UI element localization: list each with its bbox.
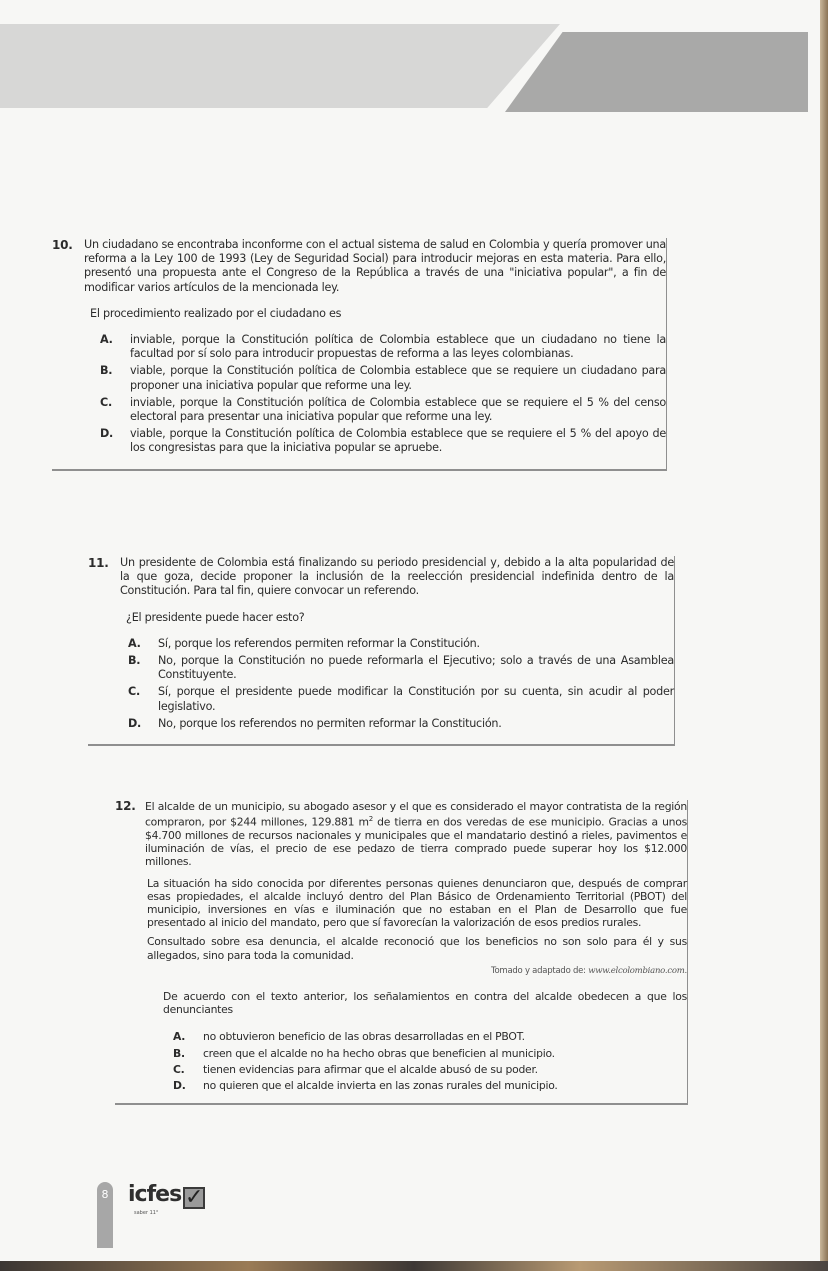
stem-paragraph-3: Consultado sobre esa denuncia, el alcald… <box>147 935 687 961</box>
source-citation: Tomado y adaptado de: www.elcolombiano.c… <box>115 965 687 978</box>
icfes-logo: icfes <box>128 1182 181 1207</box>
option-d[interactable]: D. no quieren que el alcalde invierta en… <box>173 1079 687 1092</box>
question-prompt: De acuerdo con el texto anterior, los se… <box>163 990 687 1016</box>
question-11: 11. Un presidente de Colombia está final… <box>88 556 675 746</box>
source-url: www.elcolombiano.com. <box>588 966 687 976</box>
option-letter: A. <box>173 1030 203 1043</box>
option-text: Sí, porque el presidente puede modificar… <box>158 685 674 713</box>
option-d[interactable]: D. viable, porque la Constitución políti… <box>100 427 666 455</box>
option-letter: D. <box>100 427 130 455</box>
question-stem: Un presidente de Colombia está finalizan… <box>120 556 674 599</box>
question-prompt: El procedimiento realizado por el ciudad… <box>90 307 666 321</box>
option-text: no quieren que el alcalde invierta en la… <box>203 1079 687 1092</box>
option-text: viable, porque la Constitución política … <box>130 427 666 455</box>
question-stem: Un ciudadano se encontraba inconforme co… <box>84 238 666 295</box>
option-text: no obtuvieron beneficio de las obras des… <box>203 1030 687 1043</box>
option-letter: C. <box>100 396 130 424</box>
option-text: inviable, porque la Constitución polític… <box>130 333 666 361</box>
checkmark-icon: ✓ <box>183 1187 205 1209</box>
question-number: 12. <box>115 800 136 813</box>
options-list: A. Sí, porque los referendos permiten re… <box>128 637 674 731</box>
option-c[interactable]: C. inviable, porque la Constitución polí… <box>100 396 666 424</box>
page-edge-right <box>820 0 828 1271</box>
option-d[interactable]: D. No, porque los referendos no permiten… <box>128 717 674 731</box>
question-number: 11. <box>88 556 109 570</box>
option-letter: A. <box>100 333 130 361</box>
option-letter: A. <box>128 637 158 651</box>
option-letter: C. <box>128 685 158 713</box>
logo-subtitle: saber 11° <box>134 1210 158 1216</box>
option-letter: C. <box>173 1063 203 1076</box>
option-text: Sí, porque los referendos permiten refor… <box>158 637 674 651</box>
exam-page: 10. Un ciudadano se encontraba inconform… <box>0 0 820 1262</box>
option-text: inviable, porque la Constitución polític… <box>130 396 666 424</box>
page-edge-bottom <box>0 1261 828 1271</box>
option-text: No, porque los referendos no permiten re… <box>158 717 674 731</box>
option-letter: B. <box>100 364 130 392</box>
option-b[interactable]: B. No, porque la Constitución no puede r… <box>128 654 674 682</box>
option-letter: D. <box>128 717 158 731</box>
option-text: tienen evidencias para afirmar que el al… <box>203 1063 687 1076</box>
option-letter: B. <box>128 654 158 682</box>
option-a[interactable]: A. no obtuvieron beneficio de las obras … <box>173 1030 687 1043</box>
options-list: A. inviable, porque la Constitución polí… <box>100 333 666 456</box>
options-list: A. no obtuvieron beneficio de las obras … <box>173 1030 687 1092</box>
option-letter: D. <box>173 1079 203 1092</box>
option-b[interactable]: B. viable, porque la Constitución políti… <box>100 364 666 392</box>
page-number: 8 <box>102 1188 109 1201</box>
question-10: 10. Un ciudadano se encontraba inconform… <box>52 238 667 471</box>
question-stem: El alcalde de un municipio, su abogado a… <box>145 800 687 869</box>
option-a[interactable]: A. Sí, porque los referendos permiten re… <box>128 637 674 651</box>
header-band-light <box>0 24 560 108</box>
page-number-tab: 8 <box>97 1182 113 1248</box>
option-letter: B. <box>173 1047 203 1060</box>
option-a[interactable]: A. inviable, porque la Constitución polí… <box>100 333 666 361</box>
source-label: Tomado y adaptado de: <box>491 966 588 976</box>
question-number: 10. <box>52 238 73 252</box>
option-c[interactable]: C. Sí, porque el presidente puede modifi… <box>128 685 674 713</box>
question-12: 12. El alcalde de un municipio, su aboga… <box>115 800 688 1105</box>
stem-paragraph-2: La situación ha sido conocida por difere… <box>147 877 687 930</box>
option-text: No, porque la Constitución no puede refo… <box>158 654 674 682</box>
header-band-dark <box>505 32 808 112</box>
option-text: viable, porque la Constitución política … <box>130 364 666 392</box>
option-text: creen que el alcalde no ha hecho obras q… <box>203 1047 687 1060</box>
option-c[interactable]: C. tienen evidencias para afirmar que el… <box>173 1063 687 1076</box>
question-prompt: ¿El presidente puede hacer esto? <box>126 611 674 625</box>
option-b[interactable]: B. creen que el alcalde no ha hecho obra… <box>173 1047 687 1060</box>
